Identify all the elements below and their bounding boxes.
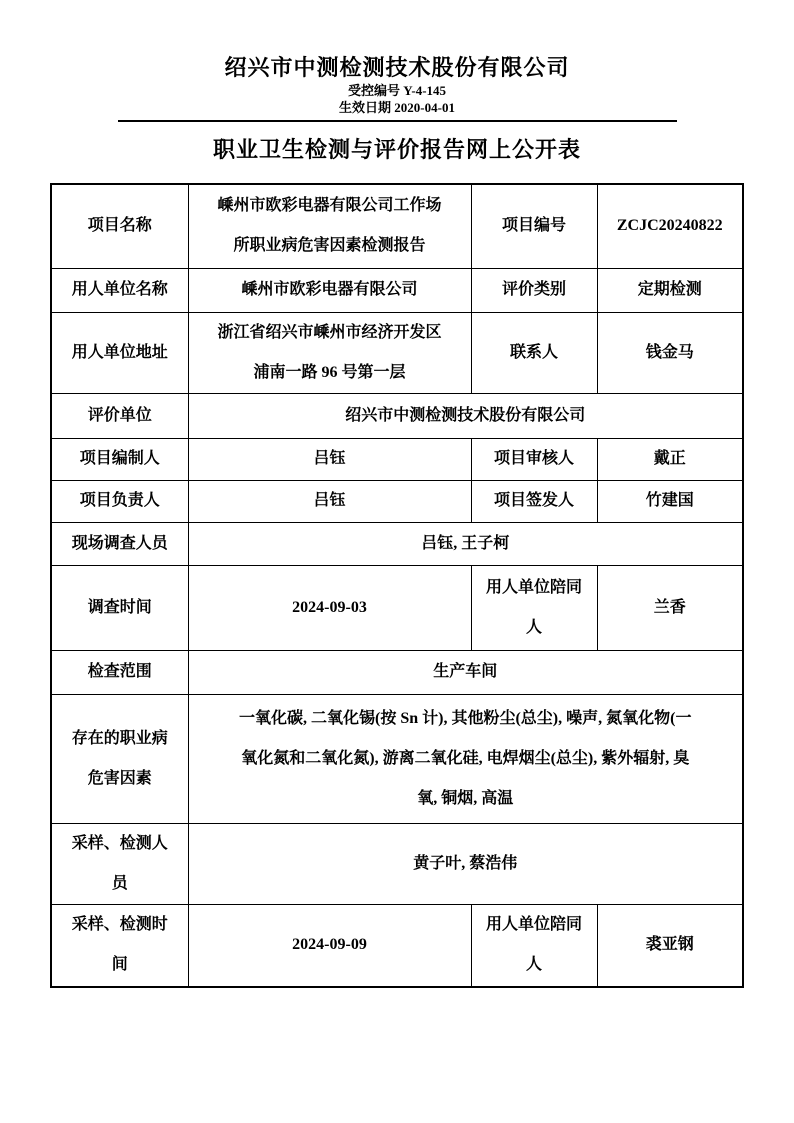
table-row: 采样、检测人 员 黄子叶, 蔡浩伟 [51, 823, 743, 904]
table-row: 现场调查人员 吕钰, 王子柯 [51, 522, 743, 565]
document-page: 绍兴市中测检测技术股份有限公司 受控编号 Y-4-145 生效日期 2020-0… [0, 0, 794, 1123]
company-title: 绍兴市中测检测技术股份有限公司 [0, 54, 794, 82]
value-employer-address: 浙江省绍兴市嵊州市经济开发区 浦南一路 96 号第一层 [188, 312, 471, 393]
table-row: 评价单位 绍兴市中测检测技术股份有限公司 [51, 393, 743, 438]
label-inspection-scope: 检查范围 [51, 650, 188, 694]
value-sampling-date: 2024-09-09 [188, 904, 471, 987]
table-row: 检查范围 生产车间 [51, 650, 743, 694]
value-compiler: 吕钰 [188, 438, 471, 480]
value-hazard-factors: 一氧化碳, 二氧化锡(按 Sn 计), 其他粉尘(总尘), 噪声, 氮氧化物(一… [188, 694, 743, 823]
table-row: 用人单位名称 嵊州市欧彩电器有限公司 评价类别 定期检测 [51, 268, 743, 312]
value-evaluation-org: 绍兴市中测检测技术股份有限公司 [188, 393, 743, 438]
value-employer-name: 嵊州市欧彩电器有限公司 [188, 268, 471, 312]
label-sampling-personnel: 采样、检测人 员 [51, 823, 188, 904]
label-site-investigators: 现场调查人员 [51, 522, 188, 565]
value-contact-person: 钱金马 [597, 312, 743, 393]
label-contact-person: 联系人 [471, 312, 597, 393]
label-employer-escort-2: 用人单位陪同 人 [471, 904, 597, 987]
table-row: 调查时间 2024-09-03 用人单位陪同 人 兰香 [51, 565, 743, 650]
label-investigation-date: 调查时间 [51, 565, 188, 650]
header-divider [118, 120, 677, 122]
table-row: 项目编制人 吕钰 项目审核人 戴正 [51, 438, 743, 480]
value-issuer: 竹建国 [597, 480, 743, 522]
value-employer-escort: 兰香 [597, 565, 743, 650]
label-employer-escort: 用人单位陪同 人 [471, 565, 597, 650]
value-employer-escort-2: 裘亚钢 [597, 904, 743, 987]
value-sampling-personnel: 黄子叶, 蔡浩伟 [188, 823, 743, 904]
value-project-leader: 吕钰 [188, 480, 471, 522]
table-row: 采样、检测时 间 2024-09-09 用人单位陪同 人 裘亚钢 [51, 904, 743, 987]
table-row: 项目负责人 吕钰 项目签发人 竹建国 [51, 480, 743, 522]
label-project-name: 项目名称 [51, 184, 188, 268]
value-reviewer: 戴正 [597, 438, 743, 480]
label-compiler: 项目编制人 [51, 438, 188, 480]
table-row: 用人单位地址 浙江省绍兴市嵊州市经济开发区 浦南一路 96 号第一层 联系人 钱… [51, 312, 743, 393]
label-project-number: 项目编号 [471, 184, 597, 268]
value-project-number: ZCJC20240822 [597, 184, 743, 268]
value-site-investigators: 吕钰, 王子柯 [188, 522, 743, 565]
report-table: 项目名称 嵊州市欧彩电器有限公司工作场 所职业病危害因素检测报告 项目编号 ZC… [50, 183, 744, 988]
value-project-name: 嵊州市欧彩电器有限公司工作场 所职业病危害因素检测报告 [188, 184, 471, 268]
control-number: 受控编号 Y-4-145 [0, 83, 794, 99]
label-employer-name: 用人单位名称 [51, 268, 188, 312]
form-title: 职业卫生检测与评价报告网上公开表 [0, 135, 794, 165]
label-project-leader: 项目负责人 [51, 480, 188, 522]
value-inspection-scope: 生产车间 [188, 650, 743, 694]
value-evaluation-type: 定期检测 [597, 268, 743, 312]
label-evaluation-type: 评价类别 [471, 268, 597, 312]
effective-date: 生效日期 2020-04-01 [0, 100, 794, 116]
label-sampling-date: 采样、检测时 间 [51, 904, 188, 987]
label-hazard-factors: 存在的职业病 危害因素 [51, 694, 188, 823]
value-investigation-date: 2024-09-03 [188, 565, 471, 650]
table-row: 项目名称 嵊州市欧彩电器有限公司工作场 所职业病危害因素检测报告 项目编号 ZC… [51, 184, 743, 268]
label-issuer: 项目签发人 [471, 480, 597, 522]
document-header: 绍兴市中测检测技术股份有限公司 受控编号 Y-4-145 生效日期 2020-0… [0, 54, 794, 165]
table-row: 存在的职业病 危害因素 一氧化碳, 二氧化锡(按 Sn 计), 其他粉尘(总尘)… [51, 694, 743, 823]
label-evaluation-org: 评价单位 [51, 393, 188, 438]
label-employer-address: 用人单位地址 [51, 312, 188, 393]
label-reviewer: 项目审核人 [471, 438, 597, 480]
